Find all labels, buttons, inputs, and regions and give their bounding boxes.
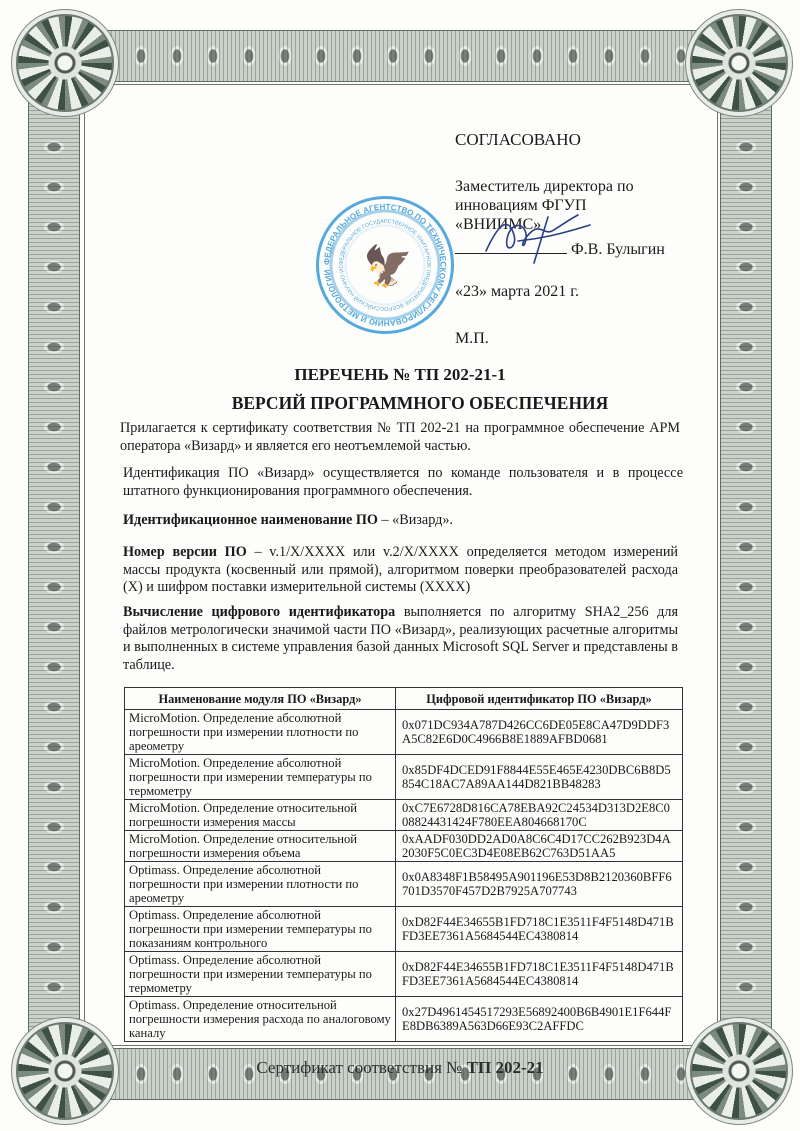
- seal-place-label: М.П.: [455, 329, 665, 348]
- coat-of-arms-icon: 🦅: [363, 241, 409, 293]
- attachment-paragraph: Прилагается к сертификату соответствия №…: [120, 420, 680, 455]
- table-row: MicroMotion. Определение абсолютной погр…: [125, 755, 683, 800]
- digital-id-cell: 0x27D4961454517293E56892400B6B4901E1F644…: [396, 997, 683, 1042]
- module-name-cell: Optimass. Определение абсолютной погрешн…: [125, 952, 396, 997]
- software-name-paragraph: Идентификационное наименование ПО – «Виз…: [123, 512, 678, 530]
- table-row: MicroMotion. Определение относительной п…: [125, 831, 683, 862]
- module-name-cell: Optimass. Определение абсолютной погрешн…: [125, 862, 396, 907]
- digital-id-line2: 2030F5C0EC3D4E08EB62C763D51AA5: [402, 846, 678, 860]
- table-row: Optimass. Определение абсолютной погрешн…: [125, 952, 683, 997]
- digital-id-line1: 0x85DF4DCED91F8844E55E465E4230DBC6B8D5: [402, 763, 678, 777]
- rosette-ornament-icon: [16, 14, 114, 112]
- footer-label: Сертификат соответствия №: [256, 1058, 466, 1077]
- column-header-digital-id: Цифровой идентификатор ПО «Визард»: [396, 688, 683, 710]
- official-seal-stamp: ФЕДЕРАЛЬНОЕ АГЕНТСТВО ПО ТЕХНИЧЕСКОМУ РЕ…: [316, 196, 454, 334]
- approver-position-line1: Заместитель директора по: [455, 177, 665, 196]
- digital-id-line1: 0xC7E6728D816CA78EBA92C24534D313D2E8C0: [402, 801, 678, 815]
- digital-id-cell: 0xD82F44E34655B1FD718C1E3511F4F5148D471B…: [396, 952, 683, 997]
- digital-id-line1: 0x0A8348F1B58495A901196E53D8B2120360BFF6: [402, 870, 678, 884]
- table-row: Optimass. Определение абсолютной погрешн…: [125, 862, 683, 907]
- version-paragraph: Номер версии ПО – v.1/X/XXXX или v.2/X/X…: [123, 544, 678, 597]
- document-subtitle: ВЕРСИЙ ПРОГРАММНОГО ОБЕСПЕЧЕНИЯ: [0, 393, 800, 414]
- module-name-cell: Optimass. Определение абсолютной погрешн…: [125, 907, 396, 952]
- column-header-module-name: Наименование модуля ПО «Визард»: [125, 688, 396, 710]
- module-name-cell: MicroMotion. Определение относительной п…: [125, 800, 396, 831]
- table-row: Optimass. Определение абсолютной погрешн…: [125, 907, 683, 952]
- software-identifiers-table: Наименование модуля ПО «Визард» Цифровой…: [124, 687, 683, 1042]
- digital-id-cell: 0x071DC934A787D426CC6DE05E8CA47D9DDF3A5C…: [396, 710, 683, 755]
- digital-id-line2: FD3EE7361A5684544EC4380814: [402, 974, 678, 988]
- table-row: MicroMotion. Определение относительной п…: [125, 800, 683, 831]
- digital-id-line2: 08824431424F780EEA804668170C: [402, 815, 678, 829]
- module-name-cell: MicroMotion. Определение относительной п…: [125, 831, 396, 862]
- ornamental-border-top: [86, 30, 714, 82]
- rosette-ornament-icon: [690, 14, 788, 112]
- module-name-cell: Optimass. Определение относительной погр…: [125, 997, 396, 1042]
- digital-id-cell: 0x85DF4DCED91F8844E55E465E4230DBC6B8D585…: [396, 755, 683, 800]
- digital-id-line2: 854C18AC7A89AA144D821BB48283: [402, 777, 678, 791]
- digital-id-cell: 0xC7E6728D816CA78EBA92C24534D313D2E8C008…: [396, 800, 683, 831]
- hash-calculation-paragraph: Вычисление цифрового идентификатора выпо…: [123, 604, 678, 674]
- digital-id-line2: FD3EE7361A5684544EC4380814: [402, 929, 678, 943]
- module-name-cell: MicroMotion. Определение абсолютной погр…: [125, 710, 396, 755]
- ornamental-border-left: [28, 86, 80, 1044]
- identification-paragraph: Идентификация ПО «Визард» осуществляется…: [123, 465, 683, 500]
- table-row: MicroMotion. Определение абсолютной погр…: [125, 710, 683, 755]
- software-name-value: – «Визард».: [378, 512, 453, 528]
- digital-id-line2: A5C82E6D0C4966B8E1889AFBD0681: [402, 732, 678, 746]
- table-row: Optimass. Определение относительной погр…: [125, 997, 683, 1042]
- digital-id-line2: 701D3570F457D2B7925A707743: [402, 884, 678, 898]
- version-label: Номер версии ПО: [123, 544, 247, 560]
- digital-id-line2: E8DB6389A563D66E93C2AFFDC: [402, 1019, 678, 1033]
- digital-id-cell: 0x0A8348F1B58495A901196E53D8B2120360BFF6…: [396, 862, 683, 907]
- hash-calculation-label: Вычисление цифрового идентификатора: [123, 604, 395, 620]
- digital-id-line1: 0x27D4961454517293E56892400B6B4901E1F644…: [402, 1005, 678, 1019]
- module-name-cell: MicroMotion. Определение абсолютной погр…: [125, 755, 396, 800]
- digital-id-cell: 0xAADF030DD2AD0A8C6C4D17CC262B923D4A2030…: [396, 831, 683, 862]
- digital-id-cell: 0xD82F44E34655B1FD718C1E3511F4F5148D471B…: [396, 907, 683, 952]
- digital-id-line1: 0xAADF030DD2AD0A8C6C4D17CC262B923D4A: [402, 832, 678, 846]
- footer-number: ТП 202-21: [467, 1058, 544, 1077]
- approval-heading: СОГЛАСОВАНО: [455, 130, 665, 149]
- digital-id-line1: 0x071DC934A787D426CC6DE05E8CA47D9DDF3: [402, 718, 678, 732]
- ornamental-border-right: [720, 86, 772, 1044]
- document-title: ПЕРЕЧЕНЬ № ТП 202-21-1: [0, 365, 800, 385]
- digital-id-line1: 0xD82F44E34655B1FD718C1E3511F4F5148D471B: [402, 960, 678, 974]
- digital-id-line1: 0xD82F44E34655B1FD718C1E3511F4F5148D471B: [402, 915, 678, 929]
- handwritten-signature: [478, 205, 598, 265]
- certificate-footer: Сертификат соответствия № ТП 202-21: [0, 1058, 800, 1078]
- software-name-label: Идентификационное наименование ПО: [123, 512, 378, 528]
- table-header-row: Наименование модуля ПО «Визард» Цифровой…: [125, 688, 683, 710]
- approval-date: «23» марта 2021 г.: [455, 282, 665, 301]
